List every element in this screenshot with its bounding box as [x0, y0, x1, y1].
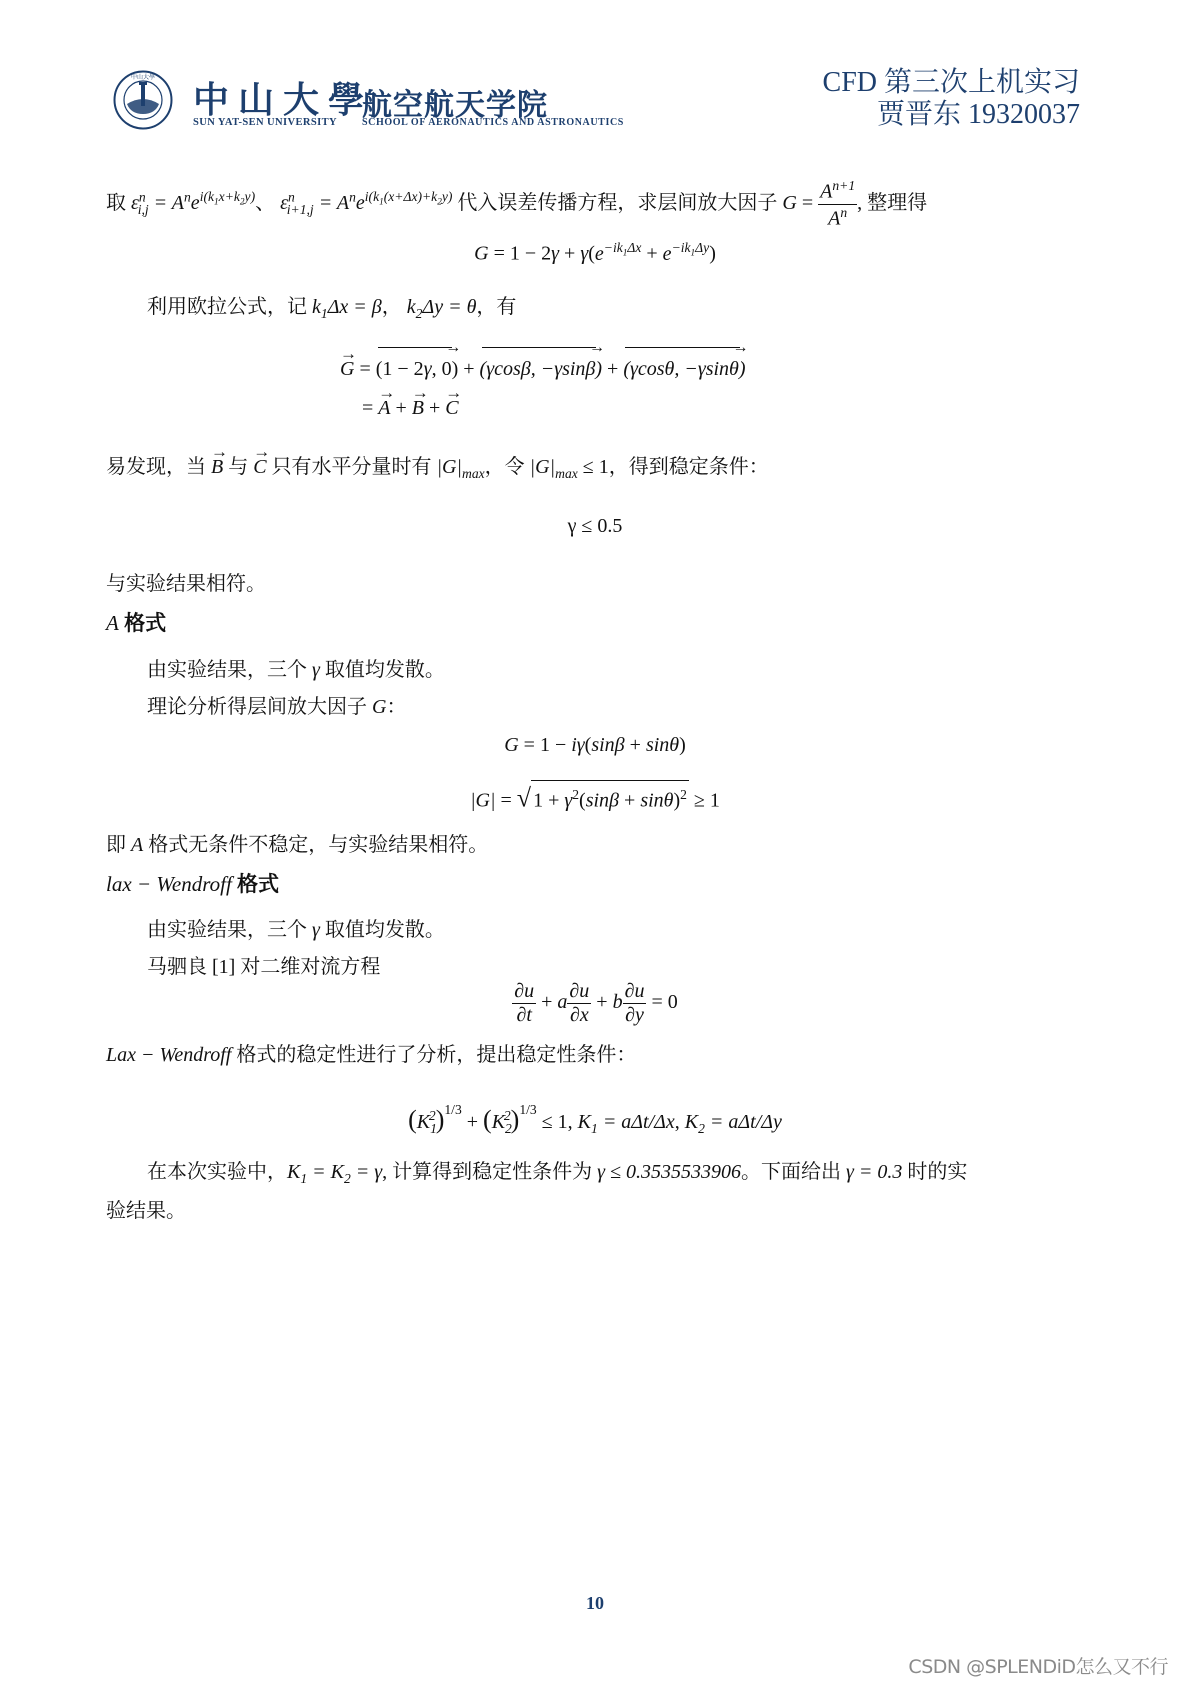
watermark: CSDN @SPLENDiD怎么又不行: [908, 1652, 1168, 1679]
equation-a-growth: G = 1 − iγ(sinβ + sinθ): [0, 731, 1190, 759]
university-name-cn: 中山大學: [193, 72, 373, 123]
page-number: 10: [0, 1593, 1190, 1614]
paragraph-euler: 利用欧拉公式，记 k1Δx = β， k2Δy = θ，有: [147, 293, 516, 328]
equation-advection-pde: ∂u∂t + a∂u∂x + b∂u∂y = 0: [0, 980, 1190, 1027]
equation-gamma-limit: γ ≤ 0.5: [0, 512, 1190, 540]
author-id: 贾晋东 19320037: [877, 100, 1080, 130]
paragraph-stability-condition: 易发现，当 B 与 C 只有水平分量时有 |G|max，令 |G|max ≤ 1…: [106, 453, 769, 488]
paragraph-experiment-result-cont: 验结果。: [106, 1197, 186, 1225]
university-emblem-icon: 中山大學: [113, 70, 173, 130]
paragraph-lw-reference: 马驷良 [1] 对二维对流方程: [147, 953, 380, 981]
equation-a-modulus: |G| = √1 + γ2(sinβ + sinθ)2 ≥ 1: [0, 780, 1190, 815]
section-heading-a-scheme: A 格式: [106, 609, 166, 637]
paragraph-lw-analysis: Lax − Wendroff 格式的稳定性进行了分析，提出稳定性条件：: [106, 1041, 636, 1069]
svg-text:中山大學: 中山大學: [131, 73, 155, 81]
paragraph-a-conclusion: 即 A 格式无条件不稳定，与实验结果相符。: [106, 831, 488, 859]
document-title: CFD 第三次上机实习: [823, 68, 1080, 98]
paragraph-agrees: 与实验结果相符。: [106, 570, 266, 598]
section-heading-lax-wendroff: lax − Wendroff 格式: [106, 870, 279, 898]
equation-vector-sum: G = (1 − 2γ, 0) + (γcosβ, −γsinβ) + (γco…: [340, 351, 746, 383]
university-name-en: SUN YAT-SEN UNIVERSITY: [193, 117, 337, 128]
paragraph-experiment-result: 在本次实验中，K1 = K2 = γ, 计算得到稳定性条件为 γ ≤ 0.353…: [147, 1158, 967, 1193]
paragraph-a-theory: 理论分析得层间放大因子 G：: [147, 693, 406, 721]
equation-vector-abc: = A + B + C: [362, 394, 459, 422]
school-name-en: SCHOOL OF AERONAUTICS AND ASTRONAUTICS: [362, 117, 624, 128]
equation-lw-stability: (K12)1/3 + (K22)1/3 ≤ 1, K1 = aΔt/Δx, K2…: [0, 1096, 1190, 1143]
paragraph-substitution: 取 εni,j = Anei(k1x+k2y)、 εni+1,j = Anei(…: [106, 178, 927, 230]
paragraph-a-divergence: 由实验结果，三个 γ 取值均发散。: [147, 656, 445, 684]
paragraph-lw-divergence: 由实验结果，三个 γ 取值均发散。: [147, 916, 445, 944]
equation-growth-factor: G = 1 − 2γ + γ(e−ik1Δx + e−ik1Δy): [0, 234, 1190, 268]
fraction-G: An+1An: [818, 178, 857, 230]
